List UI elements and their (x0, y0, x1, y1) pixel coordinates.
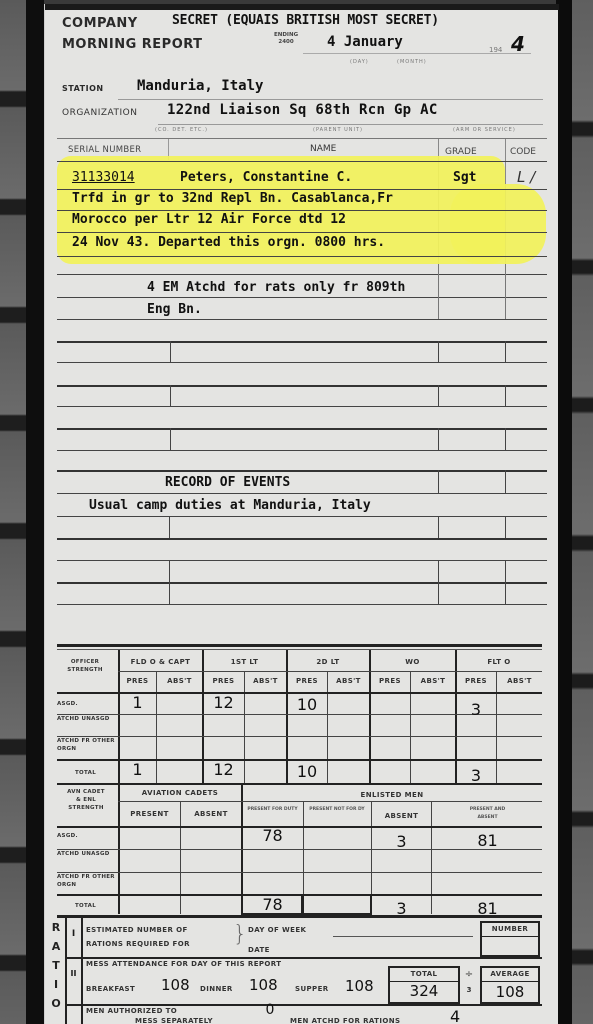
officer-total-flto-pres: 3 (456, 766, 496, 785)
rule (65, 1004, 542, 1006)
sub-header-pres: PRES (287, 677, 327, 685)
title-line: STRENGTH (60, 666, 110, 674)
col-divider (438, 560, 439, 582)
date-label: DATE (248, 946, 270, 954)
rule (57, 161, 547, 162)
rule (57, 872, 542, 873)
film-edge-left (26, 0, 44, 1024)
estimated-label-1: ESTIMATED NUMBER OF (86, 926, 188, 934)
col-divider (438, 582, 439, 604)
rule (57, 736, 542, 737)
col-divider (438, 264, 439, 319)
officer-asgd-fld-pres: 1 (119, 693, 156, 712)
col-divider (505, 341, 506, 362)
col-divider (505, 582, 506, 604)
table-top-rule (57, 644, 542, 647)
col-divider (81, 918, 83, 1024)
side-letter: A (49, 937, 63, 956)
enlisted-total-absent: 3 (372, 899, 431, 918)
remark-line-2: Eng Bn. (147, 302, 202, 317)
title-line: & ENL (57, 796, 115, 804)
col-divider (327, 671, 328, 785)
enlisted-strength-title: AVN CADET & ENL STRENGTH (57, 788, 115, 812)
rule (57, 341, 547, 343)
rule (57, 319, 547, 320)
col-divider (438, 470, 439, 493)
serial-number-header: SERIAL NUMBER (68, 145, 141, 155)
col-present-not-for-duty: PRESENT NOT FOR DY (306, 806, 368, 814)
year-prefix: 194 (489, 46, 502, 54)
col-divider (431, 801, 432, 914)
org-caption-service: (ARM OR SERVICE) (453, 127, 516, 133)
col-divider (170, 341, 171, 362)
col-divider (170, 428, 171, 450)
entry-serial: 31133014 (72, 170, 135, 185)
officer-total-2dlt-pres: 10 (287, 762, 327, 781)
col-divider (505, 560, 506, 582)
group-2d-lt: 2D LT (287, 658, 369, 666)
col-cadet-present: PRESENT (119, 810, 180, 818)
enlisted-asgd-absent: 3 (372, 832, 431, 851)
morning-report-form: COMPANY MORNING REPORT SECRET (EQUAIS BR… (44, 4, 558, 1024)
day-of-week-field (333, 936, 473, 937)
scan-top-shadow (45, 4, 559, 10)
officer-total-fld-pres: 1 (119, 760, 156, 779)
ending-label-bottom: 2400 (274, 39, 298, 46)
form-title-morning-report: MORNING REPORT (62, 37, 203, 52)
table-top-rule (57, 649, 542, 650)
col-divider (156, 671, 157, 785)
col-divider (170, 385, 171, 406)
col-divider (505, 516, 506, 538)
row-label-asgd: ASGD. (57, 832, 78, 840)
estimated-label-2: RATIONS REQUIRED FOR (86, 940, 190, 948)
sub-header-abs: ABS'T (497, 677, 542, 685)
group-1st-lt: 1ST LT (203, 658, 286, 666)
col-divider (505, 428, 506, 450)
section-rule (57, 138, 547, 139)
row-label-atchd-unasgd: ATCHD UNASGD (57, 850, 115, 858)
row-label-total: TOTAL (75, 902, 96, 910)
total-box-present-not-for-duty (302, 894, 372, 915)
title-line: STRENGTH (57, 804, 115, 812)
film-edge-right (556, 0, 572, 1024)
average-value: 108 (481, 983, 539, 1001)
highlight-marker-right (450, 184, 546, 264)
total-value: 324 (389, 982, 459, 1000)
org-caption-unit: (CO. DET. ETC.) (155, 127, 208, 133)
rule (57, 560, 547, 561)
record-of-events-title: RECORD OF EVENTS (165, 475, 290, 490)
name-header: NAME (310, 144, 336, 154)
rule (57, 470, 547, 472)
remark-line-1: 4 EM Atchd for rats only fr 809th (147, 280, 405, 295)
row-label-atchd-fr: ATCHD FR OTHER ORGN (57, 873, 117, 889)
average-label: AVERAGE (481, 970, 539, 978)
title-line: OFFICER (60, 658, 110, 666)
year-suffix-handwritten: 4 (511, 32, 525, 56)
col-divider (505, 264, 506, 319)
col-enlisted-absent: ABSENT (372, 812, 431, 820)
enlisted-asgd-present-for-duty: 78 (245, 826, 300, 845)
col-divider (438, 341, 439, 362)
mess-attendance-label: MESS ATTENDANCE FOR DAY OF THIS REPORT (86, 960, 281, 968)
col-divider (438, 428, 439, 450)
rule (57, 210, 547, 211)
col-present-and-absent: PRESENT AND ABSENT (435, 806, 540, 822)
officer-total-1stlt-pres: 12 (203, 760, 244, 779)
side-letter: I (49, 975, 63, 994)
code-header: CODE (510, 147, 536, 157)
sub-header-pres: PRES (370, 677, 410, 685)
rule (57, 274, 547, 275)
enlisted-asgd-present-and-absent: 81 (435, 831, 540, 850)
ending-label-top: ENDING (274, 32, 298, 39)
authorized-label-1: MEN AUTHORIZED TO (86, 1007, 177, 1015)
row-label-atchd-unasgd: ATCHD UNASGD (57, 715, 115, 723)
breakfast-label: BREAKFAST (86, 985, 135, 993)
sub-header-pres: PRES (456, 677, 496, 685)
sub-header-abs: ABS'T (157, 677, 202, 685)
rule (481, 981, 539, 982)
sub-header-abs: ABS'T (411, 677, 455, 685)
aviation-cadets-header: AVIATION CADETS (119, 789, 241, 797)
col-divider (505, 385, 506, 406)
divide-symbol: ÷ (462, 969, 476, 980)
authorized-label-2: MESS SEPARATELY (135, 1017, 213, 1024)
side-letter: O (49, 994, 63, 1013)
col-cadet-absent: ABSENT (181, 810, 241, 818)
col-divider (438, 385, 439, 406)
enlisted-total-present-for-duty: 78 (245, 895, 300, 914)
rule (57, 493, 547, 494)
sub-header-abs: ABS'T (245, 677, 286, 685)
breakfast-value: 108 (161, 976, 190, 994)
row-label-asgd: ASGD. (57, 700, 78, 708)
org-caption-parent: (PARENT UNIT) (313, 127, 363, 133)
officer-asgd-1stlt-pres: 12 (203, 693, 244, 712)
col-divider (505, 470, 506, 493)
rule (57, 604, 547, 605)
station-value: Manduria, Italy (137, 78, 263, 94)
organization-value: 122nd Liaison Sq 68th Rcn Gp AC (167, 102, 438, 118)
rule (57, 385, 547, 387)
enlisted-total-present-and-absent: 81 (435, 899, 540, 918)
enlisted-men-header: ENLISTED MEN (242, 791, 542, 799)
rule (57, 450, 547, 451)
rule (65, 957, 542, 959)
col-divider (169, 560, 170, 582)
classification-stamp: SECRET (EQUAIS BRITISH MOST SECRET) (172, 13, 439, 28)
rule (57, 538, 547, 540)
atchd-for-rations-label: MEN ATCHD FOR RATIONS (290, 1017, 400, 1024)
station-label: STATION (62, 84, 104, 93)
atchd-for-rations-value: 4 (450, 1007, 460, 1024)
sub-header-pres: PRES (203, 677, 244, 685)
organization-label: ORGANIZATION (62, 108, 137, 118)
group-flt-o: FLT O (456, 658, 542, 666)
rule (57, 256, 547, 257)
record-of-events-text: Usual camp duties at Manduria, Italy (89, 498, 371, 513)
officer-strength-title: OFFICER STRENGTH (60, 658, 110, 674)
station-underline (118, 99, 543, 100)
col-present-for-duty: PRESENT FOR DUTY (245, 806, 300, 814)
col-divider (244, 671, 245, 785)
officer-asgd-2dlt-pres: 10 (287, 695, 327, 714)
rule (57, 189, 547, 190)
number-label: NUMBER (481, 925, 539, 933)
col-divider (169, 582, 170, 604)
ending-label: ENDING 2400 (274, 32, 298, 46)
section-i-label: I (66, 929, 81, 939)
organization-underline (158, 124, 543, 125)
rule (57, 232, 547, 233)
sub-header-abs: ABS'T (328, 677, 369, 685)
rule (57, 297, 547, 298)
rule (57, 406, 547, 407)
rule (57, 516, 547, 517)
day-caption: (DAY) (350, 59, 369, 65)
officer-asgd-flto-pres: 3 (456, 700, 496, 719)
title-line: AVN CADET (57, 788, 115, 796)
section-ii-label: II (66, 969, 81, 978)
brace: } (233, 922, 247, 947)
entry-line-1: Trfd in gr to 32nd Repl Bn. Casablanca,F… (72, 191, 393, 206)
dinner-label: DINNER (200, 985, 233, 993)
row-label-total: TOTAL (75, 769, 96, 777)
rule (57, 582, 547, 584)
authorized-value: 0 (255, 1002, 285, 1018)
rule (57, 362, 547, 363)
supper-label: SUPPER (295, 985, 329, 993)
group-fld-o-capt: FLD O & CAPT (119, 658, 202, 666)
col-divider (438, 516, 439, 538)
form-title-company: COMPANY (62, 16, 138, 31)
report-date: 4 January (327, 34, 403, 50)
entry-grade: Sgt (453, 170, 476, 185)
rule (57, 428, 547, 430)
dinner-value: 108 (249, 976, 278, 994)
col-divider (410, 671, 411, 785)
entry-line-2: Morocco per Ltr 12 Air Force dtd 12 (72, 212, 346, 227)
sub-header-pres: PRES (119, 677, 156, 685)
month-caption: (MONTH) (397, 59, 427, 65)
divisor: 3 (462, 986, 476, 994)
rule (118, 671, 542, 672)
rule (481, 936, 539, 937)
entry-name: Peters, Constantine C. (180, 170, 352, 185)
entry-line-3: 24 Nov 43. Departed this orgn. 0800 hrs. (72, 235, 385, 250)
entry-code: L / (517, 168, 535, 186)
rule (118, 801, 542, 802)
row-label-atchd-fr: ATCHD FR OTHER ORGN (57, 737, 117, 753)
col-divider (169, 516, 170, 538)
side-letter: R (49, 918, 63, 937)
day-of-week-label: DAY OF WEEK (248, 926, 306, 934)
group-wo: WO (370, 658, 455, 666)
supper-value: 108 (345, 977, 374, 995)
total-label: TOTAL (389, 970, 459, 978)
rations-side-label: R A T I O (49, 918, 63, 1013)
col-divider (496, 671, 497, 785)
side-letter: T (49, 956, 63, 975)
